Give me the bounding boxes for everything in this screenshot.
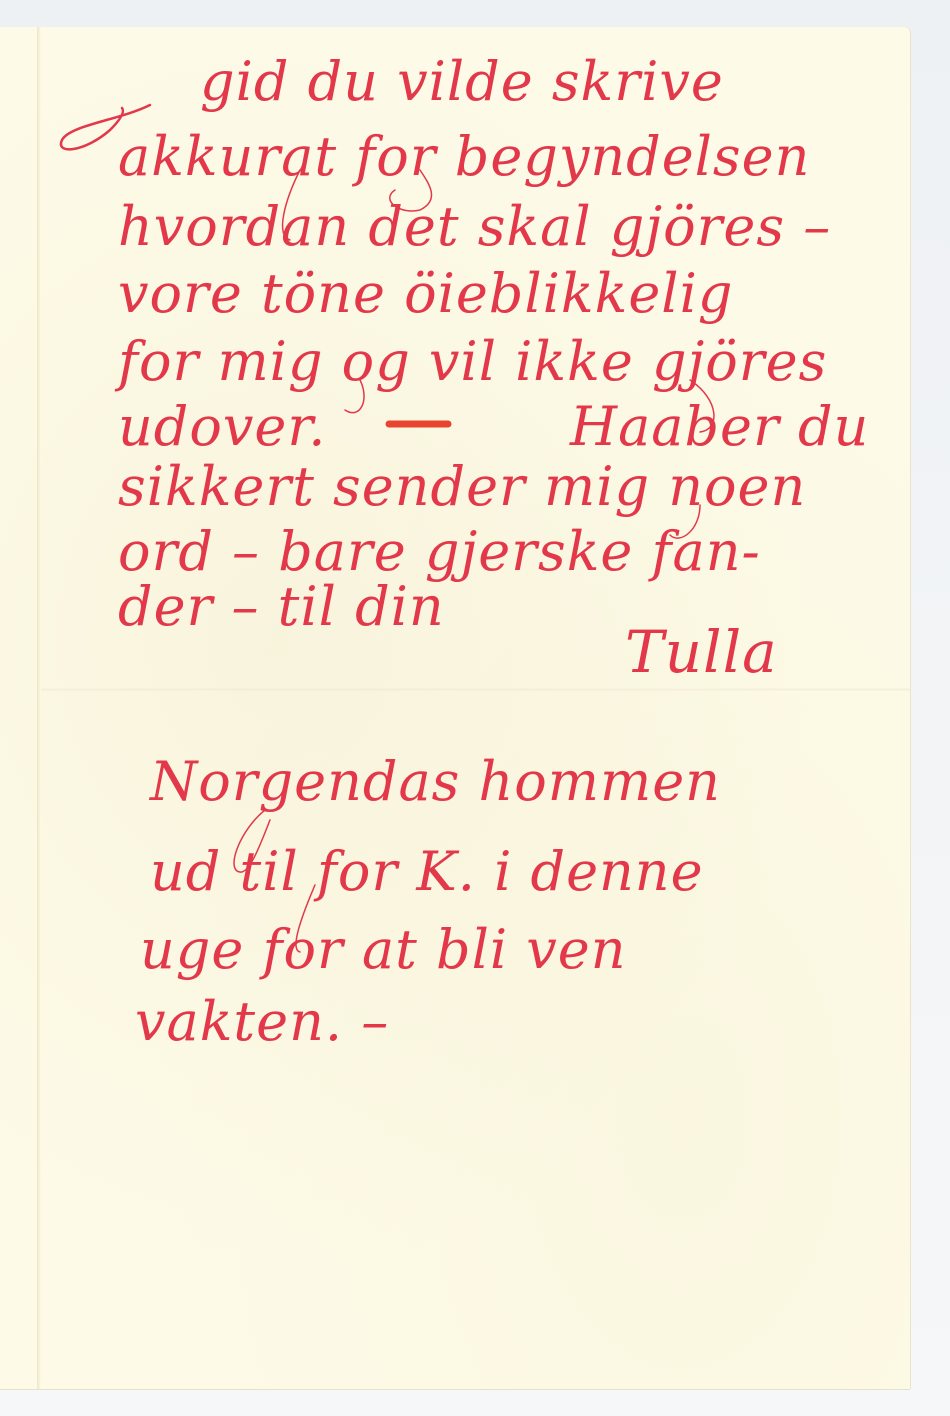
body-line-5: for mig og vil ikke gjöres <box>114 330 827 393</box>
body-line-6b: Haaber du <box>569 395 869 458</box>
body-line-8: ord – bare gjerske fan- <box>118 520 761 583</box>
postscript: Norgendas hommen ud til for K. i denne u… <box>135 750 721 1053</box>
body-line-7: sikkert sender mig noen <box>118 455 806 518</box>
body-line-3: hvordan det skal gjöres – <box>118 195 831 258</box>
signature: Tulla <box>625 618 778 686</box>
body-line-2: akkurat for begyndelsen <box>118 125 810 188</box>
ps-line-4: vakten. – <box>135 990 389 1053</box>
ps-line-1: Norgendas hommen <box>148 750 721 813</box>
ps-line-3: uge for at bli ven <box>140 918 627 981</box>
ps-line-2: ud til for K. i denne <box>150 840 704 903</box>
letter-body: gid du vilde skrive akkurat for begyndel… <box>114 50 869 638</box>
handwriting-layer: gid du vilde skrive akkurat for begyndel… <box>0 0 950 1416</box>
body-line-6a: udover. <box>118 395 326 458</box>
body-line-4: vore töne öieblikkelig <box>118 262 733 325</box>
body-line-9: der – til din <box>118 575 445 638</box>
body-line-1: gid du vilde skrive <box>200 50 724 113</box>
